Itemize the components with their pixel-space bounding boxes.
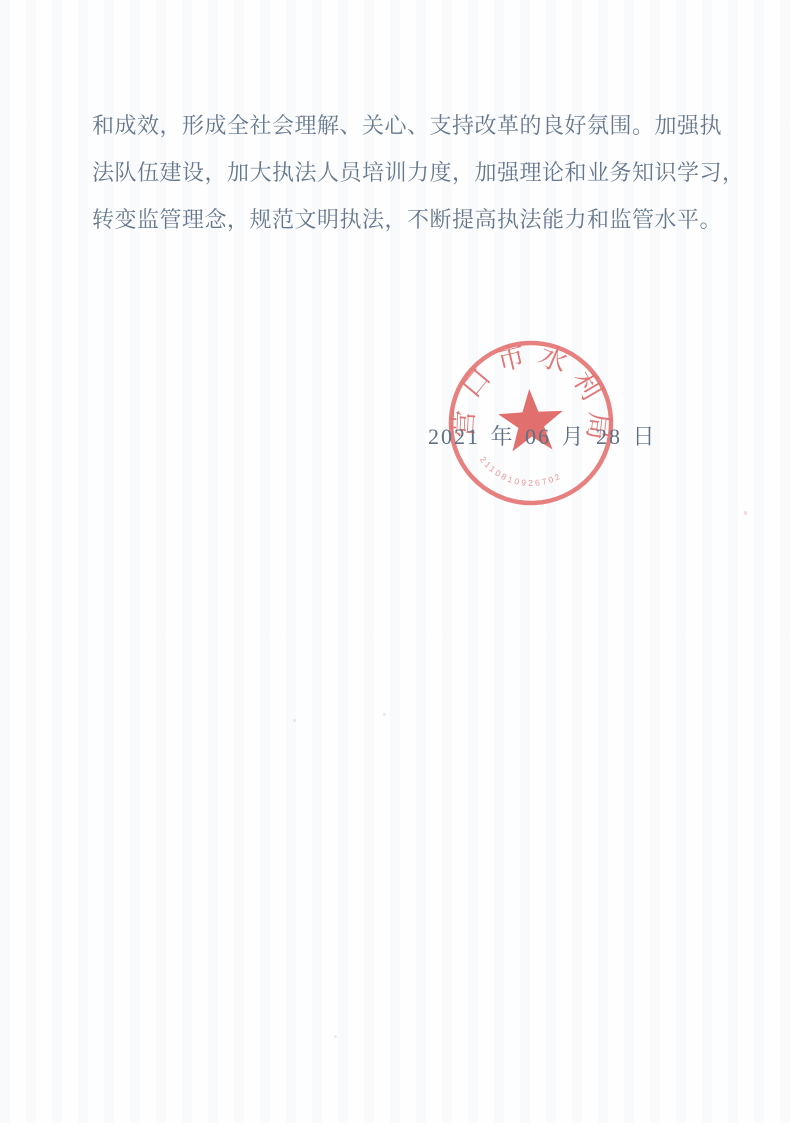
body-paragraph: 和成效，形成全社会理解、关心、支持改革的良好氛围。加强执 法队伍建设，加大执法人… bbox=[92, 102, 716, 243]
paragraph-line-3: 转变监管理念，规范文明执法，不断提高执法能力和监管水平。 bbox=[92, 196, 716, 243]
scan-speck bbox=[744, 511, 747, 515]
scan-speck bbox=[293, 719, 296, 722]
paragraph-line-2: 法队伍建设，加大执法人员培训力度，加强理论和业务知识学习， bbox=[92, 149, 716, 196]
signature-date: 2021 年 06 月 28 日 bbox=[428, 420, 657, 451]
scan-speck bbox=[334, 1035, 337, 1038]
scan-speck bbox=[383, 713, 386, 716]
paragraph-line-1: 和成效，形成全社会理解、关心、支持改革的良好氛围。加强执 bbox=[92, 102, 716, 149]
document-page: 和成效，形成全社会理解、关心、支持改革的良好氛围。加强执 法队伍建设，加大执法人… bbox=[0, 0, 794, 1123]
seal-code: 2110810926702 bbox=[478, 450, 565, 490]
